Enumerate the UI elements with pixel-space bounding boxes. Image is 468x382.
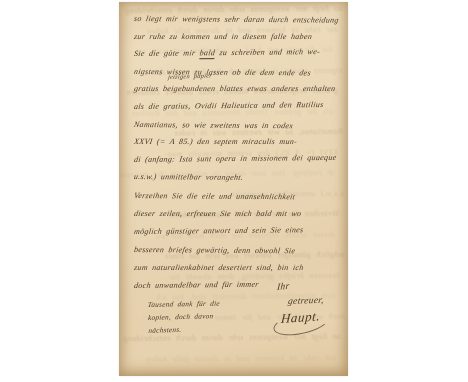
letter-paper: so liegt mir wenigstens sehr daran durch…	[119, 2, 348, 376]
letter-line: besseren briefes gewärtig, denn obwohl S…	[133, 241, 335, 261]
letter-line: u.s.w.) unmittelbar vorangeht.	[133, 168, 341, 187]
closing-ihr: Ihr	[277, 282, 290, 293]
letter-line: XXVI (= A 85.) den septem miraculis mun-	[133, 133, 341, 151]
underlined-word: bald	[199, 48, 216, 59]
signature-haupt: Haupt.	[280, 308, 320, 327]
letter-body: so liegt mir wenigstens sehr daran durch…	[119, 2, 348, 376]
paragraph-2: Verzeihen Sie die eile und unansehnlichk…	[134, 187, 334, 296]
letter-line: Sie die güte mir bald zu schreiben und m…	[133, 43, 342, 63]
letter-line: möglich günstiger antwort und sein Sie e…	[133, 221, 336, 241]
letter-line: di (anfang: Ista sunt opera in missionem…	[133, 149, 342, 169]
letter-line: doch unwandelbar und für immer	[133, 275, 336, 295]
photograph-of-letter: so liegt mir wenigstens sehr daran durch…	[0, 0, 468, 382]
postscript: Tausend dank für diekopien, doch davonnä…	[148, 297, 221, 337]
letter-line: Verzeihen Sie die eile und unansehnlichk…	[133, 187, 335, 207]
letter-line: als die gratius, Ovidii Halieutica und d…	[133, 96, 342, 116]
letter-line: Namatianus, so wie zweitens was in codex	[133, 116, 341, 135]
paragraph-1: so liegt mir wenigstens sehr daran durch…	[134, 10, 340, 186]
letter-line: so liegt mir wenigstens sehr daran durch…	[133, 10, 341, 29]
letter-line: nächstens.	[148, 322, 222, 337]
closing-getreuer: getreuer,	[287, 296, 324, 307]
